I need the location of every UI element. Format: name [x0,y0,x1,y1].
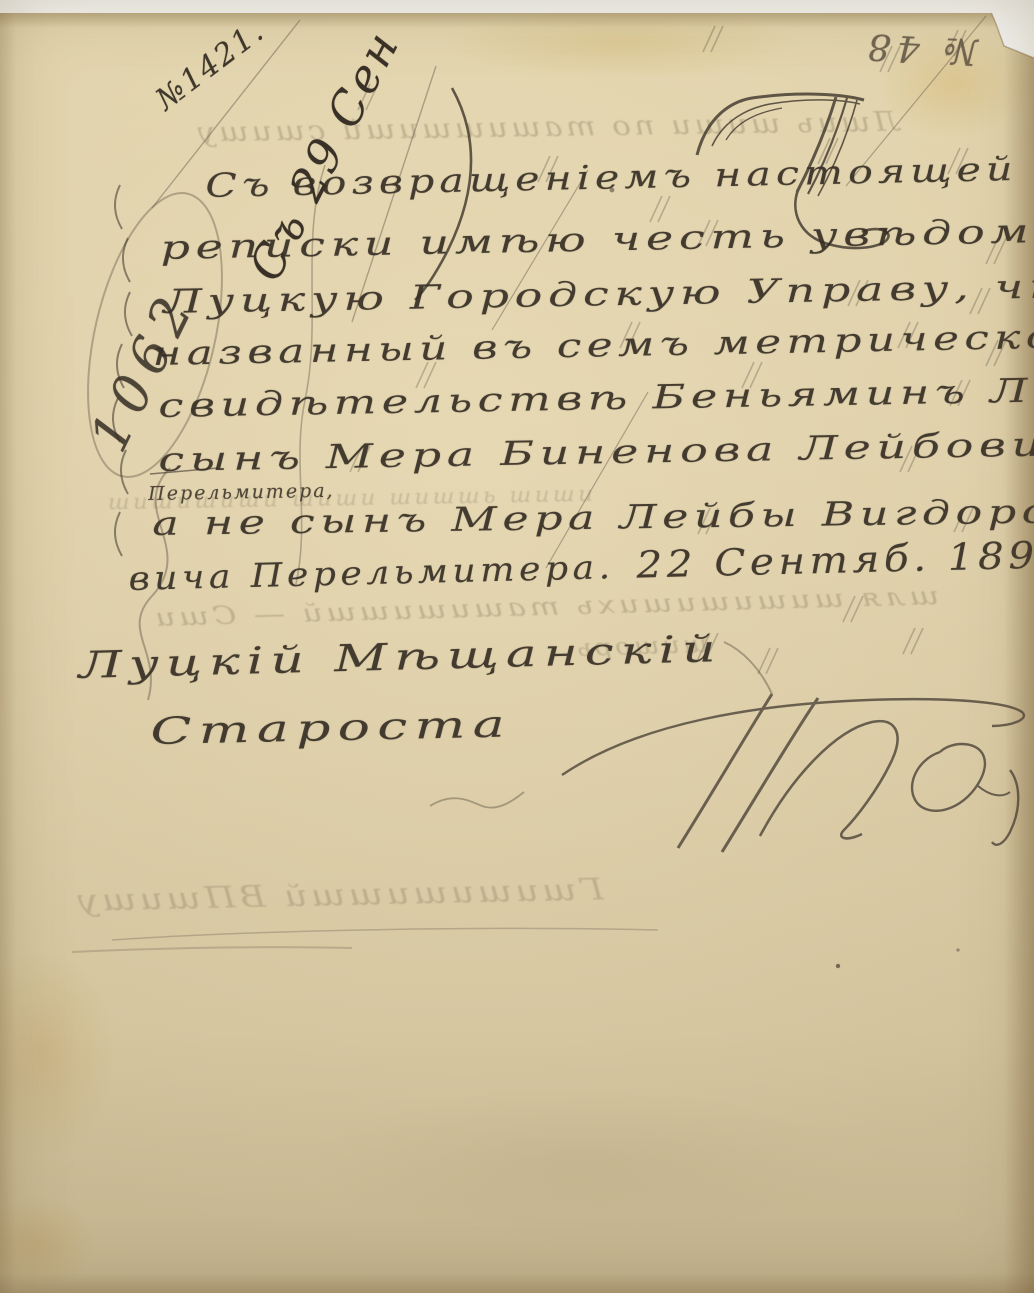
inscription-underlines [72,928,658,952]
bleedthrough-inscription: Гшишишишшй ВПшишу [73,872,604,919]
body-line-5: свидѣтельствѣ Беньяминъ Лейбъ [158,368,1034,425]
body-line-8-text: вича Перельмитера. [128,547,615,598]
paper-edge-shadow [0,1273,1034,1293]
stain [440,6,800,80]
inverted-number-note: № 48 [861,25,978,72]
closing-office-line: Луцкій Мѣщанскій [78,627,723,687]
stain [0,948,116,1158]
date-text: 22 Сентяб. 1898 г. [636,532,1034,587]
stain [0,1196,96,1292]
registry-number-note: №1421. [149,14,271,118]
paper-sheet: Лшиь шиши по ташишшишй сшишу шля шишишиш… [0,0,1034,1293]
stain [0,1030,1034,1293]
paper-edge-shadow [1004,0,1034,1293]
scanned-document: Лшиь шиши по ташишшишй сшишу шля шишишиш… [0,0,1034,1293]
body-line-4: названный въ семъ метрическомъ [152,315,1034,373]
closing-title-line: Староста [150,702,512,753]
paper-edge-shadow [0,0,16,1293]
body-line-6: сынъ Мера Биненова Лейбовича [158,423,1034,479]
stain [300,1088,860,1238]
scan-background-strip [0,0,1034,13]
